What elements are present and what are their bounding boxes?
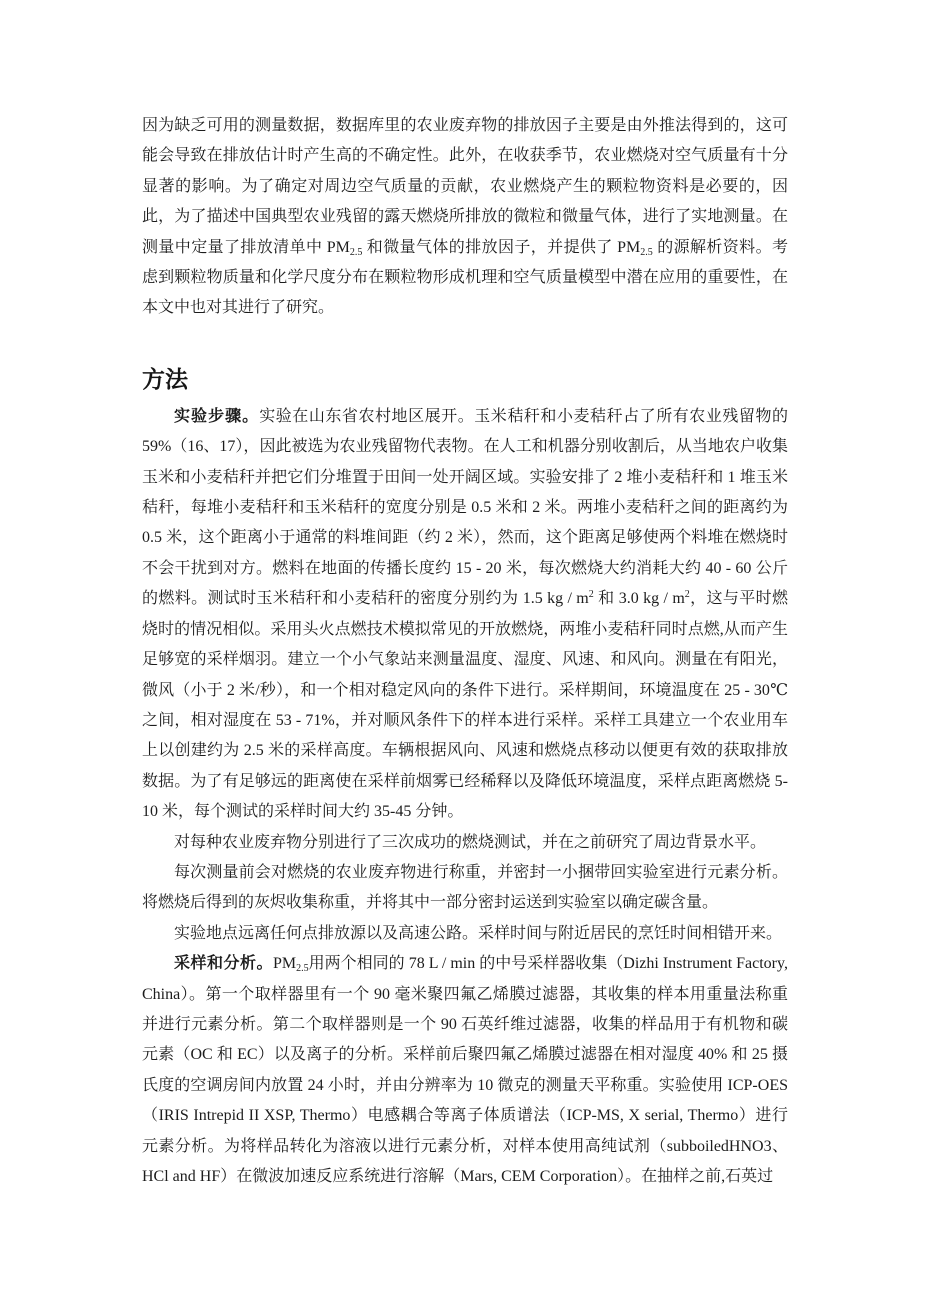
document-page: 因为缺乏可用的测量数据，数据库里的农业废弃物的排放因子主要是由外推法得到的，这可… — [0, 0, 926, 1309]
section-heading-methods: 方法 — [142, 365, 788, 393]
superscript-text: 2 — [685, 589, 690, 600]
experimental-procedure-paragraph: 实验步骤。实验在山东省农村地区展开。玉米秸秆和小麦秸秆占了所有农业残留物的 59… — [142, 402, 788, 828]
burning-tests-paragraph: 对每种农业废弃物分别进行了三次成功的燃烧测试，并在之前研究了周边背景水平。 — [142, 828, 788, 858]
intro-paragraph: 因为缺乏可用的测量数据，数据库里的农业废弃物的排放因子主要是由外推法得到的，这可… — [142, 111, 788, 324]
subscript-text: 2.5 — [350, 247, 363, 258]
document-body: 因为缺乏可用的测量数据，数据库里的农业废弃物的排放因子主要是由外推法得到的，这可… — [142, 111, 788, 1192]
subscript-text: 2.5 — [296, 963, 309, 974]
weighing-paragraph: 每次测量前会对燃烧的农业废弃物进行称重，并密封一小捆带回实验室进行元素分析。将燃… — [142, 858, 788, 919]
paragraph-lead-in: 采样和分析。 — [174, 955, 273, 972]
sampling-analysis-paragraph: 采样和分析。PM2.5用两个相同的 78 L / min 的中号采样器收集（Di… — [142, 949, 788, 1192]
superscript-text: 2 — [589, 589, 594, 600]
site-location-paragraph: 实验地点远离任何点排放源以及高速公路。采样时间与附近居民的烹饪时间相错开来。 — [142, 919, 788, 949]
paragraph-lead-in: 实验步骤。 — [174, 408, 259, 425]
subscript-text: 2.5 — [640, 247, 653, 258]
